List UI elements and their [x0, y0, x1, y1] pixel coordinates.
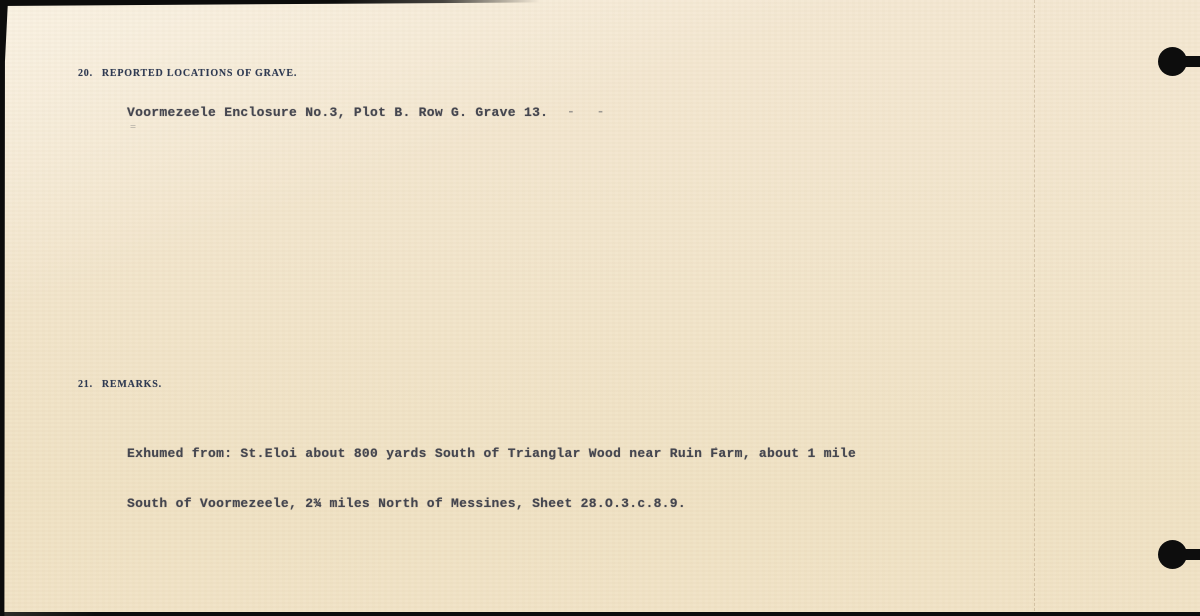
- field-20-label: REPORTED LOCATIONS OF GRAVE.: [102, 68, 297, 79]
- binder-punch-stem-bottom: [1181, 549, 1200, 560]
- scan-edge-left: [0, 0, 8, 616]
- stray-dash-marks: - -: [567, 104, 611, 119]
- stray-smudge-mark: =: [130, 124, 136, 133]
- field-21-label: REMARKS.: [102, 379, 162, 390]
- remarks-line-2: South of Voormezeele, 2¾ miles North of …: [127, 496, 856, 513]
- paper-fold-crease: [1034, 0, 1035, 616]
- field-21-remarks: Exhumed from: St.Eloi about 800 yards So…: [127, 413, 856, 545]
- remarks-line-1: Exhumed from: St.Eloi about 800 yards So…: [127, 446, 856, 463]
- field-20-number: 20.: [78, 68, 93, 79]
- scanned-document-page: 20. REPORTED LOCATIONS OF GRAVE. Voormez…: [0, 0, 1200, 616]
- scan-edge-bottom: [0, 612, 1200, 616]
- scan-edge-top: [0, 0, 540, 6]
- field-20-heading: 20. REPORTED LOCATIONS OF GRAVE.: [78, 68, 297, 79]
- field-21-number: 21.: [78, 379, 93, 390]
- binder-punch-stem-top: [1178, 56, 1200, 67]
- field-20-value: Voormezeele Enclosure No.3, Plot B. Row …: [127, 105, 548, 122]
- stray-ink-dot: .: [712, 438, 720, 453]
- field-21-heading: 21. REMARKS.: [78, 379, 162, 390]
